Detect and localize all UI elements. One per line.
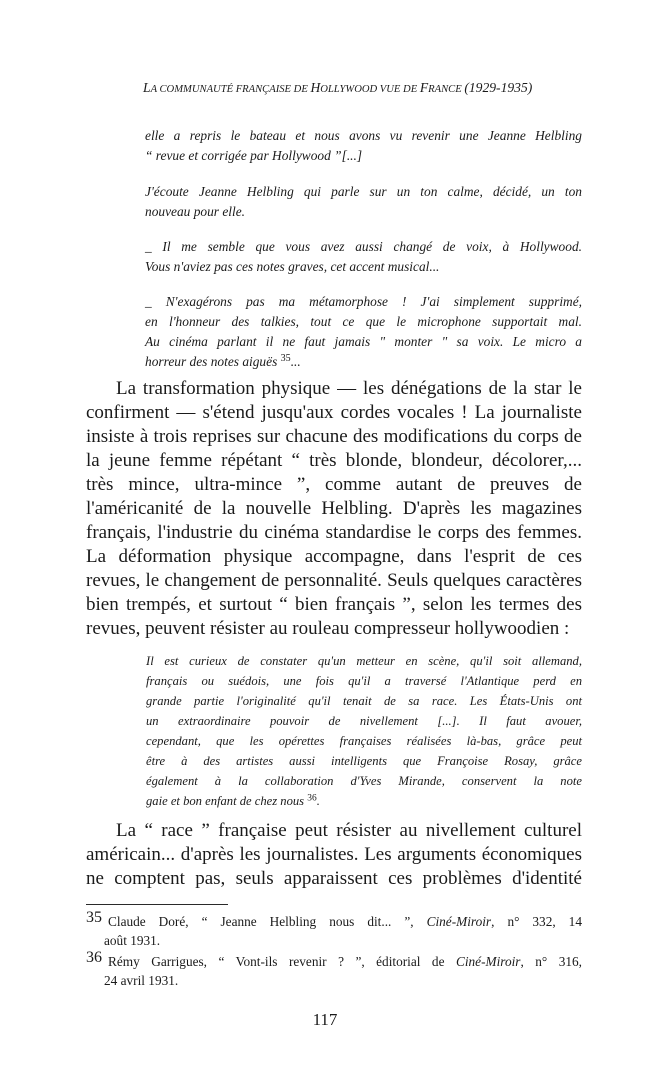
footnote-36: 36Rémy Garrigues, “ Vont-ils revenir ? ”… xyxy=(86,954,582,970)
quote-line: _ N'exagérons pas ma métamorphose ! J'ai… xyxy=(145,294,582,310)
header-cap: H xyxy=(310,80,320,95)
body-line: confirment — s'étend jusqu'aux cordes vo… xyxy=(86,402,582,424)
body-line: insiste à trois reprises sur chacune des… xyxy=(86,426,582,448)
quote-line: un extraordinaire pouvoir de nivellement… xyxy=(146,714,582,729)
footnote-35: 35Claude Doré, “ Jeanne Helbling nous di… xyxy=(86,914,582,930)
header-smallcaps: A COMMUNAUTÉ FRANÇAISE DE xyxy=(151,84,311,95)
footnote-ref-36[interactable]: 36 xyxy=(307,793,316,803)
header-smallcaps: OLLYWOOD VUE DE xyxy=(320,84,420,95)
footnote-text: , n° 332, 14 xyxy=(491,914,582,929)
body-line: français, l'industrie du cinéma standard… xyxy=(86,522,582,544)
footnote-text: Rémy Garrigues, “ Vont-ils revenir ? ”, … xyxy=(108,954,456,969)
publication-title: Ciné-Miroir xyxy=(427,914,492,929)
running-header: LA COMMUNAUTÉ FRANÇAISE DE HOLLYWOOD VUE… xyxy=(143,80,583,96)
body-line: La “ race ” française peut résister au n… xyxy=(116,820,582,842)
footnote-number: 35 xyxy=(86,909,102,926)
book-page: LA COMMUNAUTÉ FRANÇAISE DE HOLLYWOOD VUE… xyxy=(0,0,650,1084)
quote-line: Il est curieux de constater qu'un metteu… xyxy=(146,654,582,669)
body-line: La transformation physique — les dénégat… xyxy=(116,378,582,400)
quote-line: horreur des notes aiguës 35... xyxy=(145,354,582,370)
footnote-35-continuation: août 1931. xyxy=(104,933,582,949)
quote-line: Au cinéma parlant il ne faut jamais " mo… xyxy=(145,334,582,350)
quote-line: Vous n'aviez pas ces notes graves, cet a… xyxy=(145,259,582,275)
quote-line: elle a repris le bateau et nous avons vu… xyxy=(145,128,582,144)
header-smallcaps: RANCE xyxy=(428,84,464,95)
footnote-number: 36 xyxy=(86,949,102,966)
quote-text: horreur des notes aiguës xyxy=(145,354,277,369)
quote-line: J'écoute Jeanne Helbling qui parle sur u… xyxy=(145,184,582,200)
body-line: revues, le changement de personnalité. S… xyxy=(86,570,582,592)
footnote-text: , n° 316, xyxy=(520,954,582,969)
body-line: La déformation physique accompagne, dans… xyxy=(86,546,582,568)
quote-line: nouveau pour elle. xyxy=(145,204,582,220)
footnote-36-continuation: 24 avril 1931. xyxy=(104,973,582,989)
quote-line: cependant, que les opérettes françaises … xyxy=(146,734,582,749)
quote-line: français ou suédois, une fois qu'il a tr… xyxy=(146,674,582,689)
quote-line: grande partie l'originalité qu'il tenait… xyxy=(146,694,582,709)
quote-line: en l'honneur des talkies, tout ce que le… xyxy=(145,314,582,330)
body-line: l'américanité de la nouvelle Helbling. D… xyxy=(86,498,582,520)
body-line: bien trempés, et surtout “ bien français… xyxy=(86,594,582,616)
page-number: 117 xyxy=(0,1010,650,1030)
footnote-ref-35[interactable]: 35 xyxy=(281,353,291,364)
quote-line: être à des artistes aussi intelligents q… xyxy=(146,754,582,769)
body-line: ne comptent pas, seuls apparaissent ces … xyxy=(86,868,582,890)
header-dates: (1929-1935) xyxy=(464,80,532,95)
quote-text: gaie et bon enfant de chez nous xyxy=(146,794,304,808)
body-line: très mince, ultra-mince ”, comme autant … xyxy=(86,474,582,496)
period: . xyxy=(317,794,320,808)
footnote-divider xyxy=(86,904,228,905)
quote-line: “ revue et corrigée par Hollywood ”[...] xyxy=(145,148,582,164)
quote-line: _ Il me semble que vous avez aussi chang… xyxy=(145,239,582,255)
body-line: américain... d'après les journalistes. L… xyxy=(86,844,582,866)
body-line: la jeune femme répétant “ très blonde, b… xyxy=(86,450,582,472)
ellipsis: ... xyxy=(291,354,301,369)
quote-line: également à la collaboration d'Yves Mira… xyxy=(146,774,582,789)
publication-title: Ciné-Miroir xyxy=(456,954,521,969)
body-line: revues, peuvent résister au rouleau comp… xyxy=(86,618,582,640)
header-cap: F xyxy=(420,80,428,95)
footnote-text: Claude Doré, “ Jeanne Helbling nous dit.… xyxy=(108,914,427,929)
quote-line: gaie et bon enfant de chez nous 36. xyxy=(146,794,582,809)
header-cap: L xyxy=(143,80,151,95)
